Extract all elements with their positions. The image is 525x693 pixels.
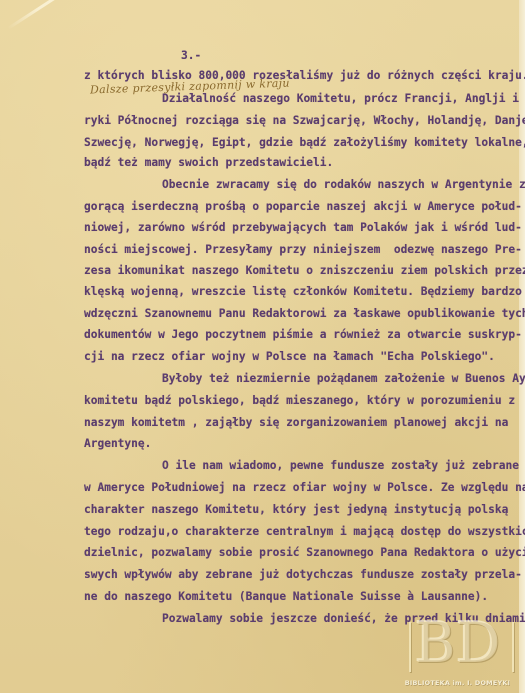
text-line: w Ameryce Południowej na rzecz ofiar woj… — [84, 481, 525, 495]
text-line: Obecnie zwracamy się do rodaków naszych … — [162, 178, 525, 192]
watermark-caption: BIBLIOTEKA im. I. DOMEYKI — [395, 679, 520, 687]
text-line: dzielnic, pozwalamy sobie prosić Szanown… — [84, 546, 525, 560]
text-line: Szwecję, Norwegję, Egipt, gdzie bądź zał… — [84, 136, 525, 150]
text-line: Działalność naszego Komitetu, prócz Fran… — [162, 92, 525, 106]
page-number: 3.- — [181, 49, 201, 63]
text-line: dokumentów w Jego poczytnem piśmie a rów… — [84, 328, 522, 342]
document-page: 3.- Dalsze przesyłki zapomnij w kraju z … — [0, 0, 525, 693]
text-line: komitetu bądź polskiego, bądź mieszanego… — [84, 394, 515, 408]
text-line: bądź też mamy swoich przedstawicieli. — [84, 156, 333, 170]
watermark-logo: BD — [395, 614, 520, 674]
text-line: tego rodzaju,o charakterze centralnym i … — [84, 525, 525, 539]
text-line: niowej, zarówno wśród przebywających tam… — [84, 221, 522, 235]
text-line: z których blisko 800,000 rozesłaliśmy ju… — [84, 69, 525, 83]
text-line: ne do naszego Komitetu (Banque Nationale… — [84, 590, 488, 604]
text-line: cji na rzecz ofiar wojny w Polsce na łam… — [84, 350, 495, 364]
text-line: O ile nam wiadomo, pewne fundusze został… — [162, 459, 519, 473]
text-line: ności miejscowej. Przesyłamy przy niniej… — [84, 243, 522, 257]
library-watermark: BD BIBLIOTEKA im. I. DOMEYKI — [395, 614, 520, 693]
text-line: klęską wojenną, wreszcie listę członków … — [84, 285, 522, 299]
paper-crease — [7, 0, 109, 30]
text-line: swych wpływów aby zebrane już dotychczas… — [84, 568, 522, 582]
text-line: Byłoby też niezmiernie pożądanem założen… — [162, 372, 525, 386]
text-line: zesa ikomunikat naszego Komitetu o znisz… — [84, 264, 525, 278]
text-line: charakter naszego Komitetu, który jest j… — [84, 503, 508, 517]
text-line: ryki Północnej rozciąga się na Szwajcarj… — [84, 114, 525, 128]
watermark-bar-right — [512, 622, 514, 672]
text-line: wdzęczni Szanownemu Panu Redaktorowi za … — [84, 307, 525, 321]
text-line: naszym komitetm , zająłby się zorganizow… — [84, 416, 508, 430]
text-line: gorącą iserdeczną prośbą o poparcie nasz… — [84, 200, 522, 214]
text-line: Argentynę. — [84, 437, 151, 451]
